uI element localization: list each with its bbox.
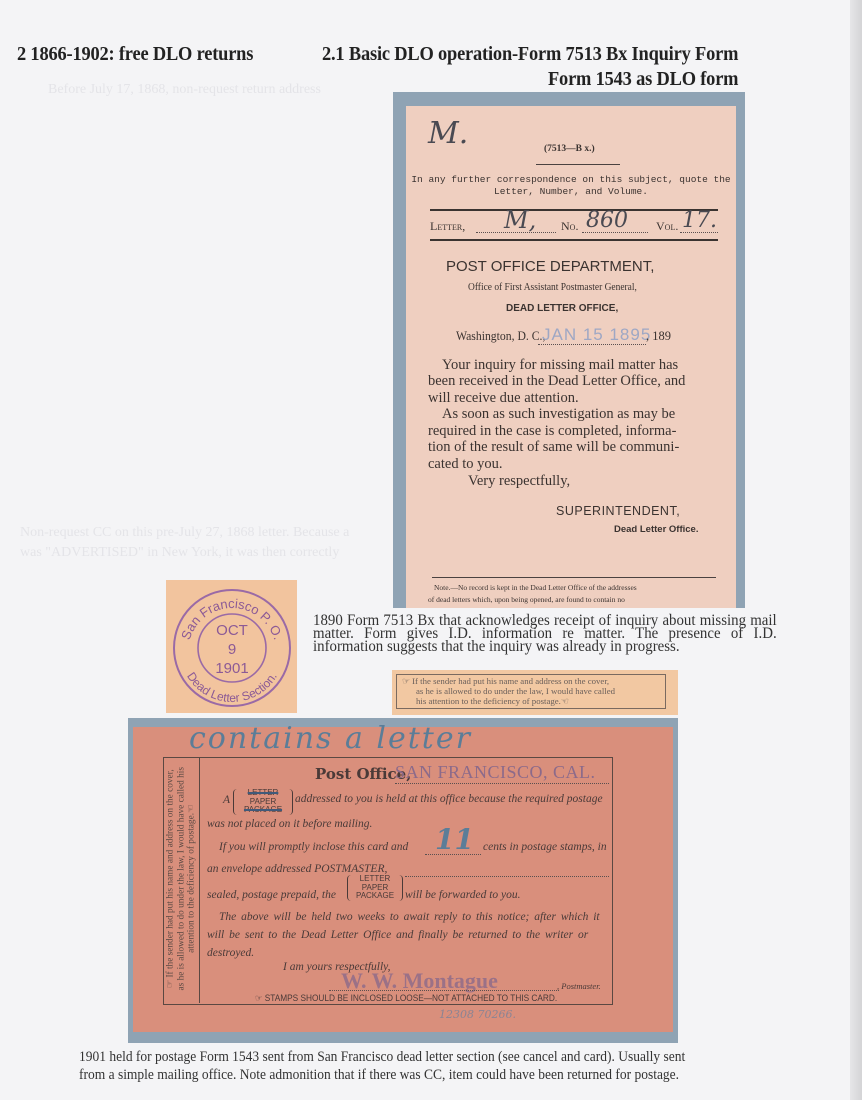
dlo-heading: DEAD LETTER OFFICE,: [506, 303, 618, 314]
admonition-clipping: ☞ If the sender had put his name and add…: [392, 670, 678, 715]
body-line: been received in the Dead Letter Office,…: [428, 373, 685, 390]
divider: [432, 577, 716, 578]
body-line: required in the case is completed, infor…: [428, 423, 676, 440]
instruction-line: In any further correspondence on this su…: [406, 174, 736, 185]
office-heading: Office of First Assistant Postmaster Gen…: [468, 282, 637, 293]
form-line: cents in postage stamps, in: [483, 841, 607, 853]
section-header: 2 1866-1902: free DLO returns: [17, 43, 253, 66]
note-line: of dead letters which, upon being opened…: [428, 595, 625, 604]
matter-type-brace: LETTER PAPER PACKAGE: [347, 875, 403, 901]
closing: Very respectfully,: [468, 473, 570, 490]
body-line: Your inquiry for missing mail matter has: [428, 357, 678, 374]
form-line: destroyed.: [207, 947, 254, 959]
form-line: sealed, postage prepaid, the: [207, 889, 336, 901]
signature-title: SUPERINTENDENT,: [556, 504, 680, 518]
year-prefix: , 189: [646, 329, 671, 344]
note-line: Note.—No record is kept in the Dead Lett…: [434, 583, 637, 592]
volume-value: 17.: [682, 208, 717, 233]
clipping-line: as he is allowed to do under the law, I …: [402, 686, 615, 696]
cancel-stamp-icon: San Francisco P. O. Dead Letter Section.…: [166, 580, 297, 713]
pencil-note: contains a letter: [189, 721, 472, 756]
svg-text:1901: 1901: [215, 660, 248, 677]
divider: [536, 164, 620, 165]
cancel-stamp-image: San Francisco P. O. Dead Letter Section.…: [166, 580, 297, 713]
letter-value: M,: [504, 206, 536, 234]
letter-label: Letter,: [430, 219, 465, 234]
date-stamp: JAN 15 1895: [542, 325, 651, 345]
handwritten-initial: M.: [428, 116, 468, 151]
stamps-notice: ☞ STAMPS SHOULD BE INCLOSED LOOSE—NOT AT…: [255, 993, 557, 1004]
form-line: was not placed on it before mailing.: [207, 818, 372, 830]
body-line: will receive due attention.: [428, 390, 579, 407]
form-line: will be sent to the Dead Letter Office a…: [207, 929, 588, 941]
location: Washington, D. C.,: [456, 328, 545, 344]
bleedthrough-text: was "ADVERTISED" in New York, it was the…: [20, 545, 339, 561]
body-line: tion of the result of same will be commu…: [428, 439, 679, 456]
cents-value: 11: [435, 823, 474, 856]
form-line: The above will be held two weeks to awai…: [219, 911, 600, 923]
form-number: (7513—B x.): [544, 144, 595, 154]
postmaster-label: , Postmaster.: [557, 981, 601, 991]
bleedthrough-text: Before July 17, 1868, non-request return…: [48, 82, 321, 98]
signature-office: Dead Letter Office.: [614, 524, 698, 535]
subheader-form-1543: Form 1543 as DLO form: [548, 68, 738, 91]
body-line: cated to you.: [428, 456, 503, 473]
form-1543-card: contains a letter ☞ If the sender had pu…: [133, 727, 673, 1032]
form-line: will be forwarded to you.: [405, 889, 521, 901]
department-heading: POST OFFICE DEPARTMENT,: [446, 258, 654, 275]
bleedthrough-text: Non-request CC on this pre-July 27, 1868…: [20, 525, 349, 541]
caption-form-7513: 1890 Form 7513 Bx that acknowledges rece…: [313, 614, 777, 653]
form-line: If you will promptly inclose this card a…: [219, 841, 408, 853]
form-7513-card: M. (7513—B x.) In any further correspond…: [406, 106, 736, 608]
clipping-line: ☞ If the sender had put his name and add…: [402, 676, 615, 686]
subsection-header: 2.1 Basic DLO operation-Form 7513 Bx Inq…: [322, 43, 738, 66]
sidebar-admonition: ☞ If the sender had put his name and add…: [165, 766, 197, 992]
form-line: addressed to you is held at this office …: [295, 793, 603, 805]
instruction-line: Letter, Number, and Volume.: [406, 186, 736, 197]
svg-text:9: 9: [228, 641, 236, 658]
svg-text:OCT: OCT: [216, 622, 248, 639]
body-line: As soon as such investigation as may be: [442, 406, 675, 423]
matter-type-brace: LETTER PAPER PACKAGE: [233, 789, 293, 815]
page-edge: [850, 0, 862, 1100]
form-sidebar: ☞ If the sender had put his name and add…: [163, 757, 200, 1003]
caption-form-1543: 1901 held for postage Form 1543 sent fro…: [79, 1048, 730, 1084]
pencil-number: 12308 70266.: [439, 1008, 516, 1021]
a-label: A: [223, 794, 230, 806]
number-label: No.: [561, 219, 578, 234]
divider: [430, 239, 718, 241]
clipping-line: his attention to the deficiency of posta…: [402, 696, 615, 706]
divider: [430, 209, 718, 211]
number-value: 860: [586, 208, 628, 233]
volume-label: Vol.: [656, 219, 678, 234]
post-office-stamp: SAN FRANCISCO, CAL.: [395, 762, 596, 783]
